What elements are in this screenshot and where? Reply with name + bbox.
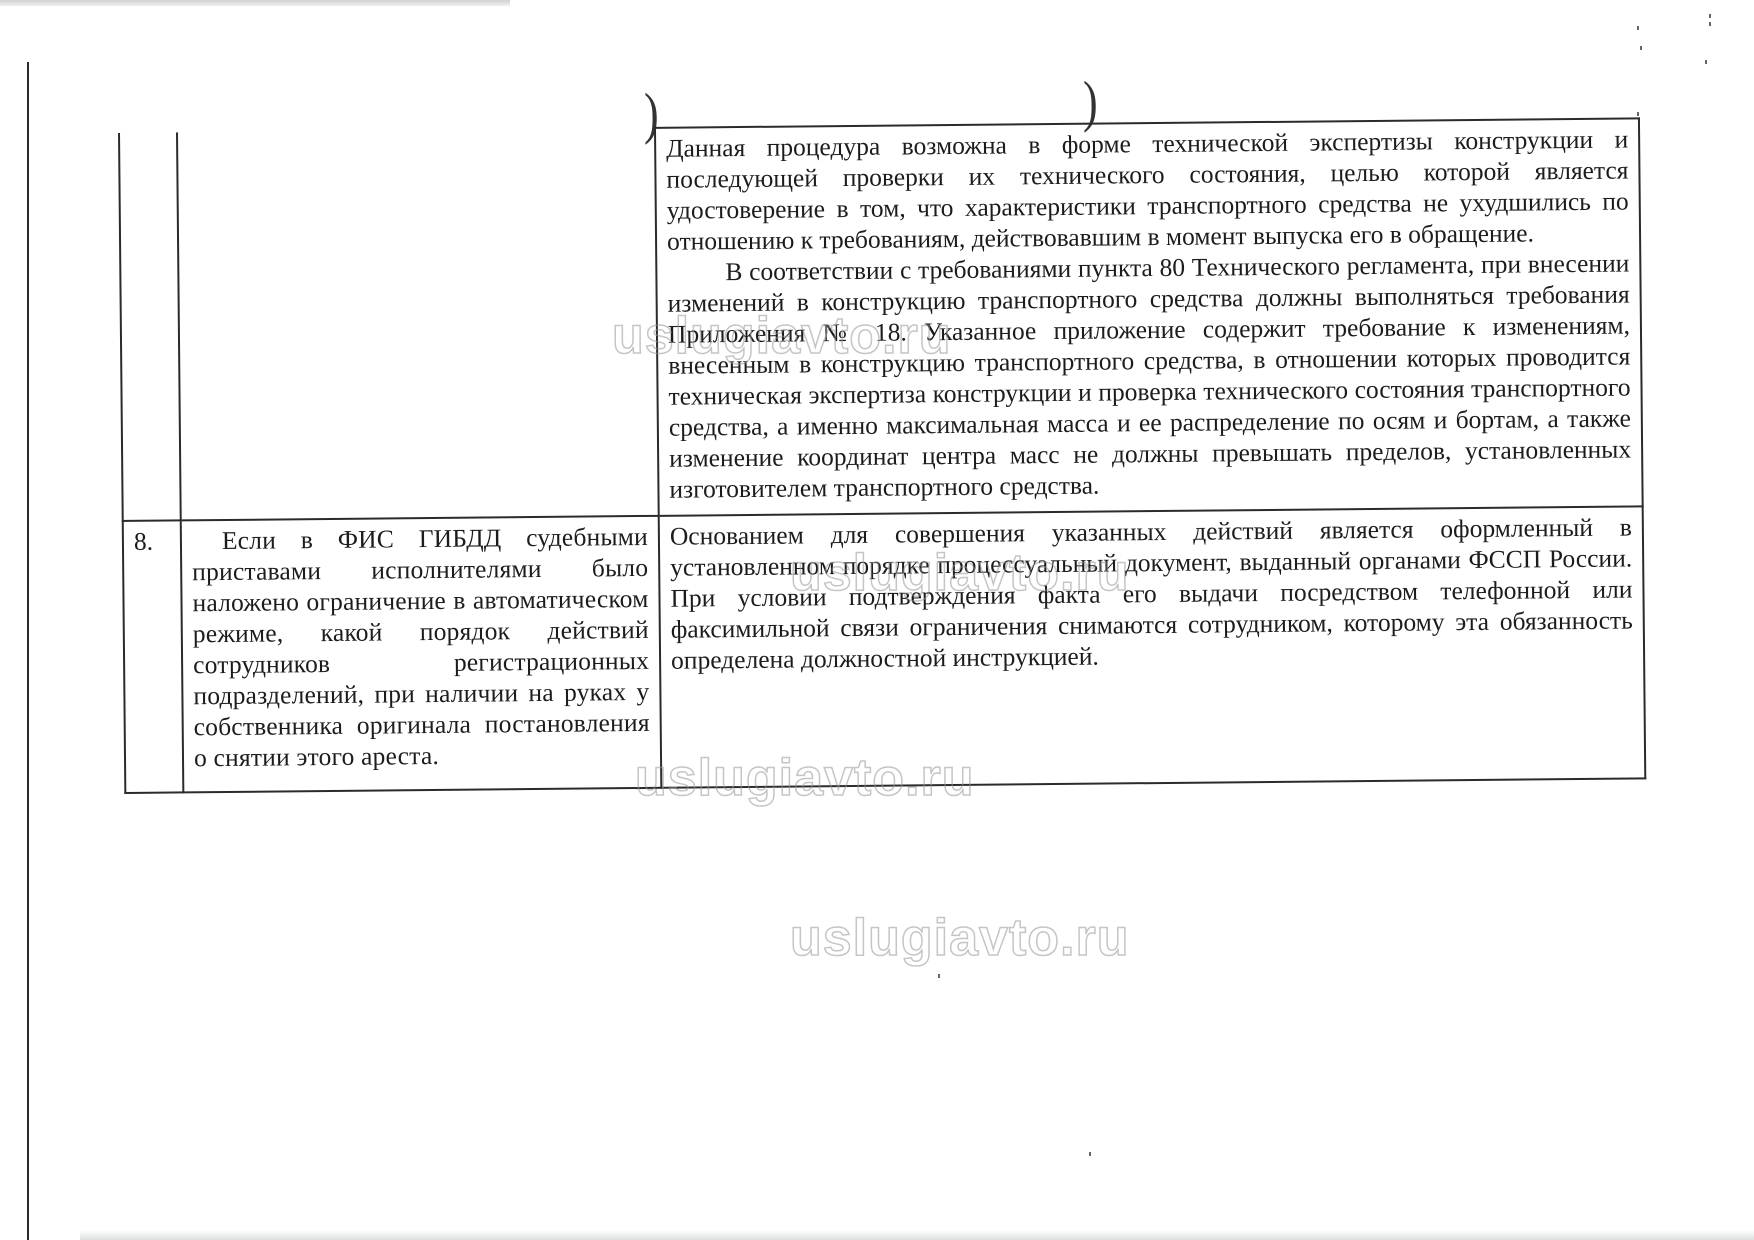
scan-speck — [1709, 14, 1711, 18]
scan-edge-shadow-bottom — [80, 1230, 1754, 1240]
table-row: Данная процедура возможна в форме технич… — [119, 118, 1643, 521]
row-number-cell: 8. — [123, 520, 184, 793]
watermark-text: uslugiavto.ru — [790, 908, 1129, 968]
document-page: Данная процедура возможна в форме технич… — [118, 117, 1644, 794]
answer-cell: Основанием для совершения указанных дейс… — [659, 506, 1646, 787]
scan-edge-shadow-top — [0, 0, 510, 6]
table-row: 8. Если в ФИС ГИБДД судебными приставами… — [123, 506, 1646, 793]
row-number-cell — [119, 132, 181, 521]
question-text — [188, 132, 644, 136]
scan-speck — [1637, 26, 1639, 30]
question-cell: Если в ФИС ГИБДД судебными приставами ис… — [181, 516, 662, 793]
scan-speck — [1089, 1152, 1091, 1156]
scan-speck — [1709, 22, 1711, 26]
answer-paragraph: Основанием для совершения указанных дейс… — [670, 511, 1633, 675]
qa-table: Данная процедура возможна в форме технич… — [118, 117, 1646, 794]
question-cell — [177, 128, 659, 521]
left-margin-line — [27, 62, 29, 1240]
answer-cell: Данная процедура возможна в форме технич… — [655, 118, 1643, 515]
scan-speck — [1637, 112, 1639, 116]
scan-speck — [1640, 46, 1642, 50]
row-number: 8. — [134, 527, 153, 556]
question-text: Если в ФИС ГИБДД судебными приставами ис… — [192, 521, 650, 773]
answer-paragraph: В соответствии с требованиями пункта 80 … — [667, 247, 1631, 504]
answer-paragraph: Данная процедура возможна в форме технич… — [666, 124, 1629, 257]
scan-speck — [938, 974, 940, 978]
scan-speck — [1705, 60, 1707, 64]
